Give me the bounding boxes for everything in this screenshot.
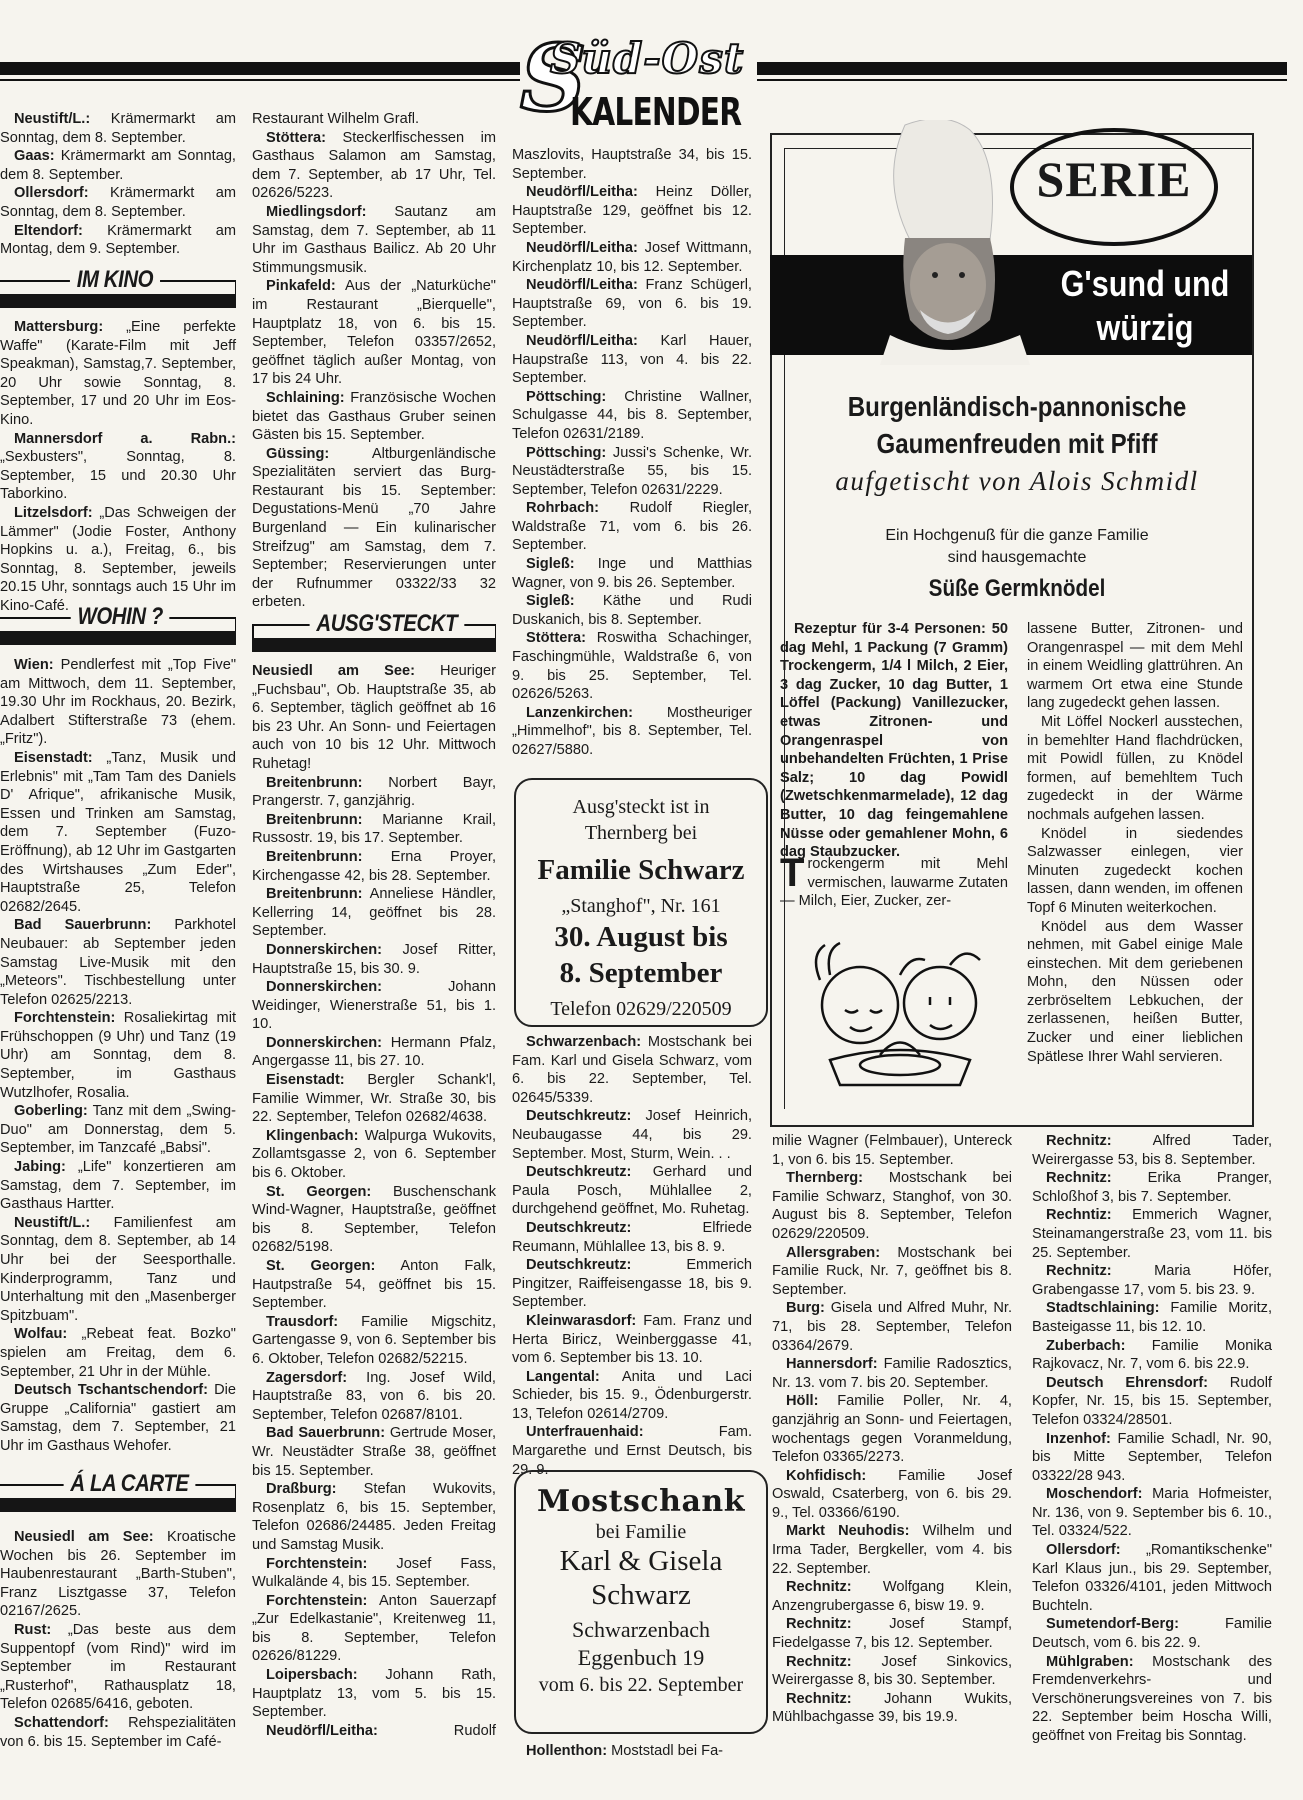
listing: Bad Sauerbrunn: Parkhotel Neubauer: ab S… [0, 916, 236, 1009]
section-header-wohin: WOHIN ? [0, 603, 236, 647]
listing: Rechnitz: Josef Stampf, Fiedelgasse 7, b… [772, 1615, 1012, 1652]
listing: Pöttsching: Jussi's Schenke, Wr. Neustäd… [512, 444, 752, 500]
listing: Deutsch Ehrensdorf: Rudolf Kopfer, Nr. 1… [1032, 1374, 1272, 1430]
listing: Breitenbrunn: Anneliese Händler, Kellerr… [252, 885, 496, 941]
section-title: WOHIN ? [71, 603, 170, 631]
listing: Neudörfl/Leitha: Franz Schügerl, Hauptst… [512, 276, 752, 332]
listing: Forchtenstein: Anton Sauerzapf „Zur Edel… [252, 1592, 496, 1666]
kids-eating-illustration-icon [790, 935, 1010, 1100]
listing: Neustift/L.: Familienfest am Sonntag, de… [0, 1214, 236, 1326]
listing: Eisenstadt: Bergler Schank'l, Familie Wi… [252, 1071, 496, 1127]
listing: Rust: „Das beste aus dem Suppentopf (vom… [0, 1621, 236, 1714]
ad-intro-2: Thernberg bei [516, 820, 766, 846]
listing: Gaas: Krämermarkt am Sonntag, dem 8. Sep… [0, 147, 236, 184]
ad-place: Schwarzenbach [516, 1616, 766, 1644]
listing: Lanzenkirchen: Mostheuriger „Himmelhof",… [512, 704, 752, 760]
serie-stamp-label: SERIE [1014, 150, 1214, 208]
masthead-rule-left [0, 62, 520, 75]
listing: Schattendorf: Rehspezialitäten von 6. bi… [0, 1714, 236, 1751]
listing: Sigleß: Käthe und Rudi Duskanich, bis 8.… [512, 592, 752, 629]
listing: Moschendorf: Maria Hofmeister, Nr. 136, … [1032, 1485, 1272, 1541]
listing: Ollersdorf: Krämermarkt am Sonntag, dem … [0, 184, 236, 221]
serie-dish-title: Süße Germknödel [817, 575, 1218, 603]
column-1-wohin: Wien: Pendlerfest mit „Top Five" am Mitt… [0, 656, 236, 1456]
step-2: Mit Löffel Nockerl ausstechen, in bemehl… [1027, 713, 1243, 825]
dropcap: T [780, 855, 804, 891]
listing: Pöttsching: Christine Wallner, Schulgass… [512, 388, 752, 444]
chef-portrait-icon [850, 120, 1040, 365]
intro-line-2: sind hausgemachte [784, 547, 1250, 569]
column-4: milie Wagner (Felmbauer), Untereck 1, vo… [772, 1132, 1012, 1727]
recipe-step-1: T rockengerm mit Mehl vermischen, lauwar… [780, 855, 1008, 911]
serie-title: Burgenländisch-pannonische Gaumenfreuden… [817, 388, 1218, 462]
listing: Mattersburg: „Eine perfekte Waffe" (Kara… [0, 318, 236, 430]
column-1-top: Neustift/L.: Krämermarkt am Sonntag, dem… [0, 110, 236, 259]
ad-dates-2: 8. September [516, 956, 766, 990]
listing: Inzenhof: Familie Schadl, Nr. 90, bis Mi… [1032, 1430, 1272, 1486]
masthead-rule-left-thin [0, 79, 520, 81]
serie-stamp: SERIE [1010, 128, 1218, 246]
listing: Neudörfl/Leitha: Karl Hauer, Haupstraße … [512, 332, 752, 388]
listing: Burg: Gisela und Alfred Muhr, Nr. 71, bi… [772, 1299, 1012, 1355]
ad-intro: Ausg'steckt ist in [516, 794, 766, 820]
listing: Markt Neuhodis: Wilhelm und Irma Tader, … [772, 1522, 1012, 1578]
listing: Zuberbach: Familie Monika Rajkovacz, Nr.… [1032, 1337, 1272, 1374]
logo-script: Süd-Ost [550, 34, 744, 83]
listing: Rechnitz: Erika Pranger, Schloßhof 3, bi… [1032, 1169, 1272, 1206]
masthead-rule-right [757, 62, 1287, 75]
ad-title: Mostschank [516, 1484, 766, 1519]
listing: Deutschkreutz: Josef Heinrich, Neubaugas… [512, 1107, 752, 1163]
listing: Mannersdorf a. Rabn.: „Sexbusters", Sonn… [0, 430, 236, 504]
listing-continuation: Restaurant Wilhelm Grafl. [252, 110, 496, 129]
masthead-rule-right-thin [757, 79, 1287, 81]
tagline-1: G'sund und [1056, 262, 1235, 306]
listing: Bad Sauerbrunn: Gertrude Moser, Wr. Neus… [252, 1424, 496, 1480]
column-3-bottom: Hollenthon: Moststadl bei Fa- [512, 1742, 752, 1761]
serie-intro: Ein Hochgenuß für die ganze Familie sind… [784, 525, 1250, 569]
listing: Sumetendorf-Berg: Familie Deutsch, vom 6… [1032, 1615, 1272, 1652]
title-line-2: Gaumenfreuden mit Pfiff [817, 425, 1218, 462]
listing: Goberling: Tanz mit dem „Swing-Duo" am D… [0, 1102, 236, 1158]
listing: Kohfidisch: Familie Josef Oswald, Csater… [772, 1467, 1012, 1523]
listing: Eisenstadt: „Tanz, Musik und Erlebnis" m… [0, 749, 236, 916]
ad-name: Familie Schwarz [516, 854, 766, 887]
listing: Stöttera: Steckerlfischessen im Gasthaus… [252, 129, 496, 203]
listing: Eltendorf: Krämermarkt am Montag, dem 9.… [0, 222, 236, 259]
listing: Neudörfl/Leitha: Heinz Döller, Hauptstra… [512, 183, 752, 239]
listing: Rohrbach: Rudolf Riegler, Waldstraße 71,… [512, 499, 752, 555]
recipe-ingredients: Rezeptur für 3-4 Personen: 50 dag Mehl, … [780, 620, 1008, 862]
column-3-top: Maszlovits, Hauptstraße 34, bis 15. Sept… [512, 146, 752, 760]
listing: Hollenthon: Moststadl bei Fa- [512, 1742, 752, 1761]
listing: Pinkafeld: Aus der „Naturküche" im Resta… [252, 277, 496, 389]
listing-continuation: milie Wagner (Felmbauer), Untereck 1, vo… [772, 1132, 1012, 1169]
listing: Neudörfl/Leitha: Rudolf [252, 1722, 496, 1741]
serie-tagline: G'sund und würzig [1056, 262, 1235, 350]
listing: Neusiedl am See: Kroatische Wochen bis 2… [0, 1528, 236, 1621]
listing: Höll: Familie Poller, Nr. 4, ganzjährig … [772, 1392, 1012, 1466]
ad-name-2: Schwarz [516, 1578, 766, 1612]
listing: Neustift/L.: Krämermarkt am Sonntag, dem… [0, 110, 236, 147]
listing: Stadtschlaining: Familie Moritz, Basteig… [1032, 1299, 1272, 1336]
step-1-cont: lassene Butter, Zitronen- und Orangenras… [1027, 620, 1243, 713]
listing: Klingenbach: Walpurga Wukovits, Zollamts… [252, 1127, 496, 1183]
ad-name-1: Karl & Gisela [516, 1544, 766, 1578]
listing: Deutschkreutz: Gerhard und Paula Posch, … [512, 1163, 752, 1219]
ad-address: „Stanghof", Nr. 161 [516, 895, 766, 918]
listing: Loipersbach: Johann Rath, Hauptplatz 13,… [252, 1666, 496, 1722]
ad-familie-schwarz: Ausg'steckt ist in Thernberg bei Familie… [514, 778, 768, 1027]
listing: Forchtenstein: Rosaliekirtag mit Frühsch… [0, 1009, 236, 1102]
step-4: Knödel aus dem Wasser nehmen, mit Gabel … [1027, 918, 1243, 1067]
listing: Allersgraben: Mostschank bei Familie Ruc… [772, 1244, 1012, 1300]
section-title: IM KINO [70, 266, 160, 294]
section-title: AUSG'STECKT [310, 610, 464, 638]
listing: Ollersdorf: „Romantikschenke" Karl Klaus… [1032, 1541, 1272, 1615]
column-5: Rechnitz: Alfred Tader, Weirergasse 53, … [1032, 1132, 1272, 1746]
listing: Rechnitz: Maria Höfer, Grabengasse 17, v… [1032, 1262, 1272, 1299]
listing: Thernberg: Mostschank bei Familie Schwar… [772, 1169, 1012, 1243]
listing: Breitenbrunn: Erna Proyer, Kirchengasse … [252, 848, 496, 885]
listing: Neusiedl am See: Heuriger „Fuchsbau", Ob… [252, 662, 496, 774]
listing: Donnerskirchen: Johann Weidinger, Wiener… [252, 978, 496, 1034]
listing: Zagersdorf: Ing. Josef Wild, Hauptstraße… [252, 1369, 496, 1425]
recipe-steps-right: lassene Butter, Zitronen- und Orangenras… [1027, 620, 1243, 1066]
column-2-top: Restaurant Wilhelm Grafl. Stöttera: Stec… [252, 110, 496, 612]
listing: Miedlingsdorf: Sautanz am Samstag, dem 7… [252, 203, 496, 277]
step-1-start: rockengerm mit Mehl vermischen, lauwarme… [780, 856, 1008, 909]
listing: St. Georgen: Buschenschank Wind-Wagner, … [252, 1183, 496, 1257]
listing: Stöttera: Roswitha Schachinger, Fasching… [512, 629, 752, 703]
listing: Jabing: „Life" konzertieren am Samstag, … [0, 1158, 236, 1214]
column-2-ausgsteckt: Neusiedl am See: Heuriger „Fuchsbau", Ob… [252, 662, 496, 1740]
column-1-alacarte: Neusiedl am See: Kroatische Wochen bis 2… [0, 1528, 236, 1751]
column-1-kino: Mattersburg: „Eine perfekte Waffe" (Kara… [0, 318, 236, 616]
listing: Schlaining: Französische Wochen bietet d… [252, 389, 496, 445]
listing: Hannersdorf: Familie Radosztics, Nr. 13.… [772, 1355, 1012, 1392]
listing: Güssing: Altburgenländische Spezialitäte… [252, 445, 496, 612]
listing: Litzelsdorf: „Das Schweigen der Lämmer" … [0, 504, 236, 616]
ad-dates: vom 6. bis 22. September [516, 1674, 766, 1697]
section-header-ausgsteckt: AUSG'STECKT [252, 610, 496, 654]
listing: Rechnitz: Johann Wukits, Mühlbachgasse 3… [772, 1690, 1012, 1727]
listing: Donnerskirchen: Josef Ritter, Hauptstraß… [252, 941, 496, 978]
listing: Breitenbrunn: Marianne Krail, Russostr. … [252, 811, 496, 848]
ad-phone: Telefon 02629/220509 [516, 998, 766, 1021]
serie-author: aufgetischt von Alois Schmidl [784, 466, 1250, 497]
section-header-alacarte: Á LA CARTE [0, 1470, 236, 1514]
listing: Rechntiz: Emmerich Wagner, Steinamangers… [1032, 1206, 1272, 1262]
listing: Rechnitz: Alfred Tader, Weirergasse 53, … [1032, 1132, 1272, 1169]
listing: Sigleß: Inge und Matthias Wagner, von 9.… [512, 555, 752, 592]
ad-address: Eggenbuch 19 [516, 1644, 766, 1672]
listing: Forchtenstein: Josef Fass, Wulkalände 4,… [252, 1555, 496, 1592]
listing: Rechnitz: Wolfgang Klein, Anzengrubergas… [772, 1578, 1012, 1615]
listing: Deutsch Tschantschendorf: Die Gruppe „Ca… [0, 1381, 236, 1455]
listing: Deutschkreutz: Elfriede Reumann, Mühlall… [512, 1219, 752, 1256]
listing-continuation: Maszlovits, Hauptstraße 34, bis 15. Sept… [512, 146, 752, 183]
listing: Mühlgraben: Mostschank des Fremdenverkeh… [1032, 1653, 1272, 1746]
column-3-mid: Schwarzenbach: Mostschank bei Fam. Karl … [512, 1033, 752, 1479]
listing: Rechnitz: Josef Sinkovics, Weirergasse 8… [772, 1653, 1012, 1690]
listing: Deutschkreutz: Emmerich Pingitzer, Raiff… [512, 1256, 752, 1312]
ad-mostschank: Mostschank bei Familie Karl & Gisela Sch… [514, 1470, 768, 1734]
listing: Kleinwarasdorf: Fam. Franz und Herta Bir… [512, 1312, 752, 1368]
listing: Trausdorf: Familie Migschitz, Gartengass… [252, 1313, 496, 1369]
listing: Langental: Anita und Laci Schieder, bis … [512, 1368, 752, 1424]
listing: Neudörfl/Leitha: Josef Wittmann, Kirchen… [512, 239, 752, 276]
listing: Draßburg: Stefan Wukovits, Rosenplatz 6,… [252, 1480, 496, 1554]
intro-line-1: Ein Hochgenuß für die ganze Familie [784, 525, 1250, 547]
listing: Donnerskirchen: Hermann Pfalz, Angergass… [252, 1034, 496, 1071]
listing: Schwarzenbach: Mostschank bei Fam. Karl … [512, 1033, 752, 1107]
section-header-kino: IM KINO [0, 266, 236, 310]
listing: Wolfau: „Rebeat feat. Bozko" spielen am … [0, 1325, 236, 1381]
ad-line: bei Familie [516, 1521, 766, 1544]
ad-dates-1: 30. August bis [516, 920, 766, 954]
title-line-1: Burgenländisch-pannonische [817, 388, 1218, 425]
ingredients-text: Rezeptur für 3-4 Personen: 50 dag Mehl, … [780, 620, 1008, 862]
tagline-2: würzig [1056, 306, 1235, 350]
listing: Breitenbrunn: Norbert Bayr, Prangerstr. … [252, 774, 496, 811]
logo-word: KALENDER [570, 90, 741, 134]
listing: Wien: Pendlerfest mit „Top Five" am Mitt… [0, 656, 236, 749]
section-title: Á LA CARTE [64, 1470, 196, 1498]
sued-ost-kalender-logo: S Süd-Ost KALENDER [520, 38, 752, 138]
step-3: Knödel in siedendes Salzwasser einlegen,… [1027, 825, 1243, 918]
listing: St. Georgen: Anton Falk, Hautpstraße 54,… [252, 1257, 496, 1313]
